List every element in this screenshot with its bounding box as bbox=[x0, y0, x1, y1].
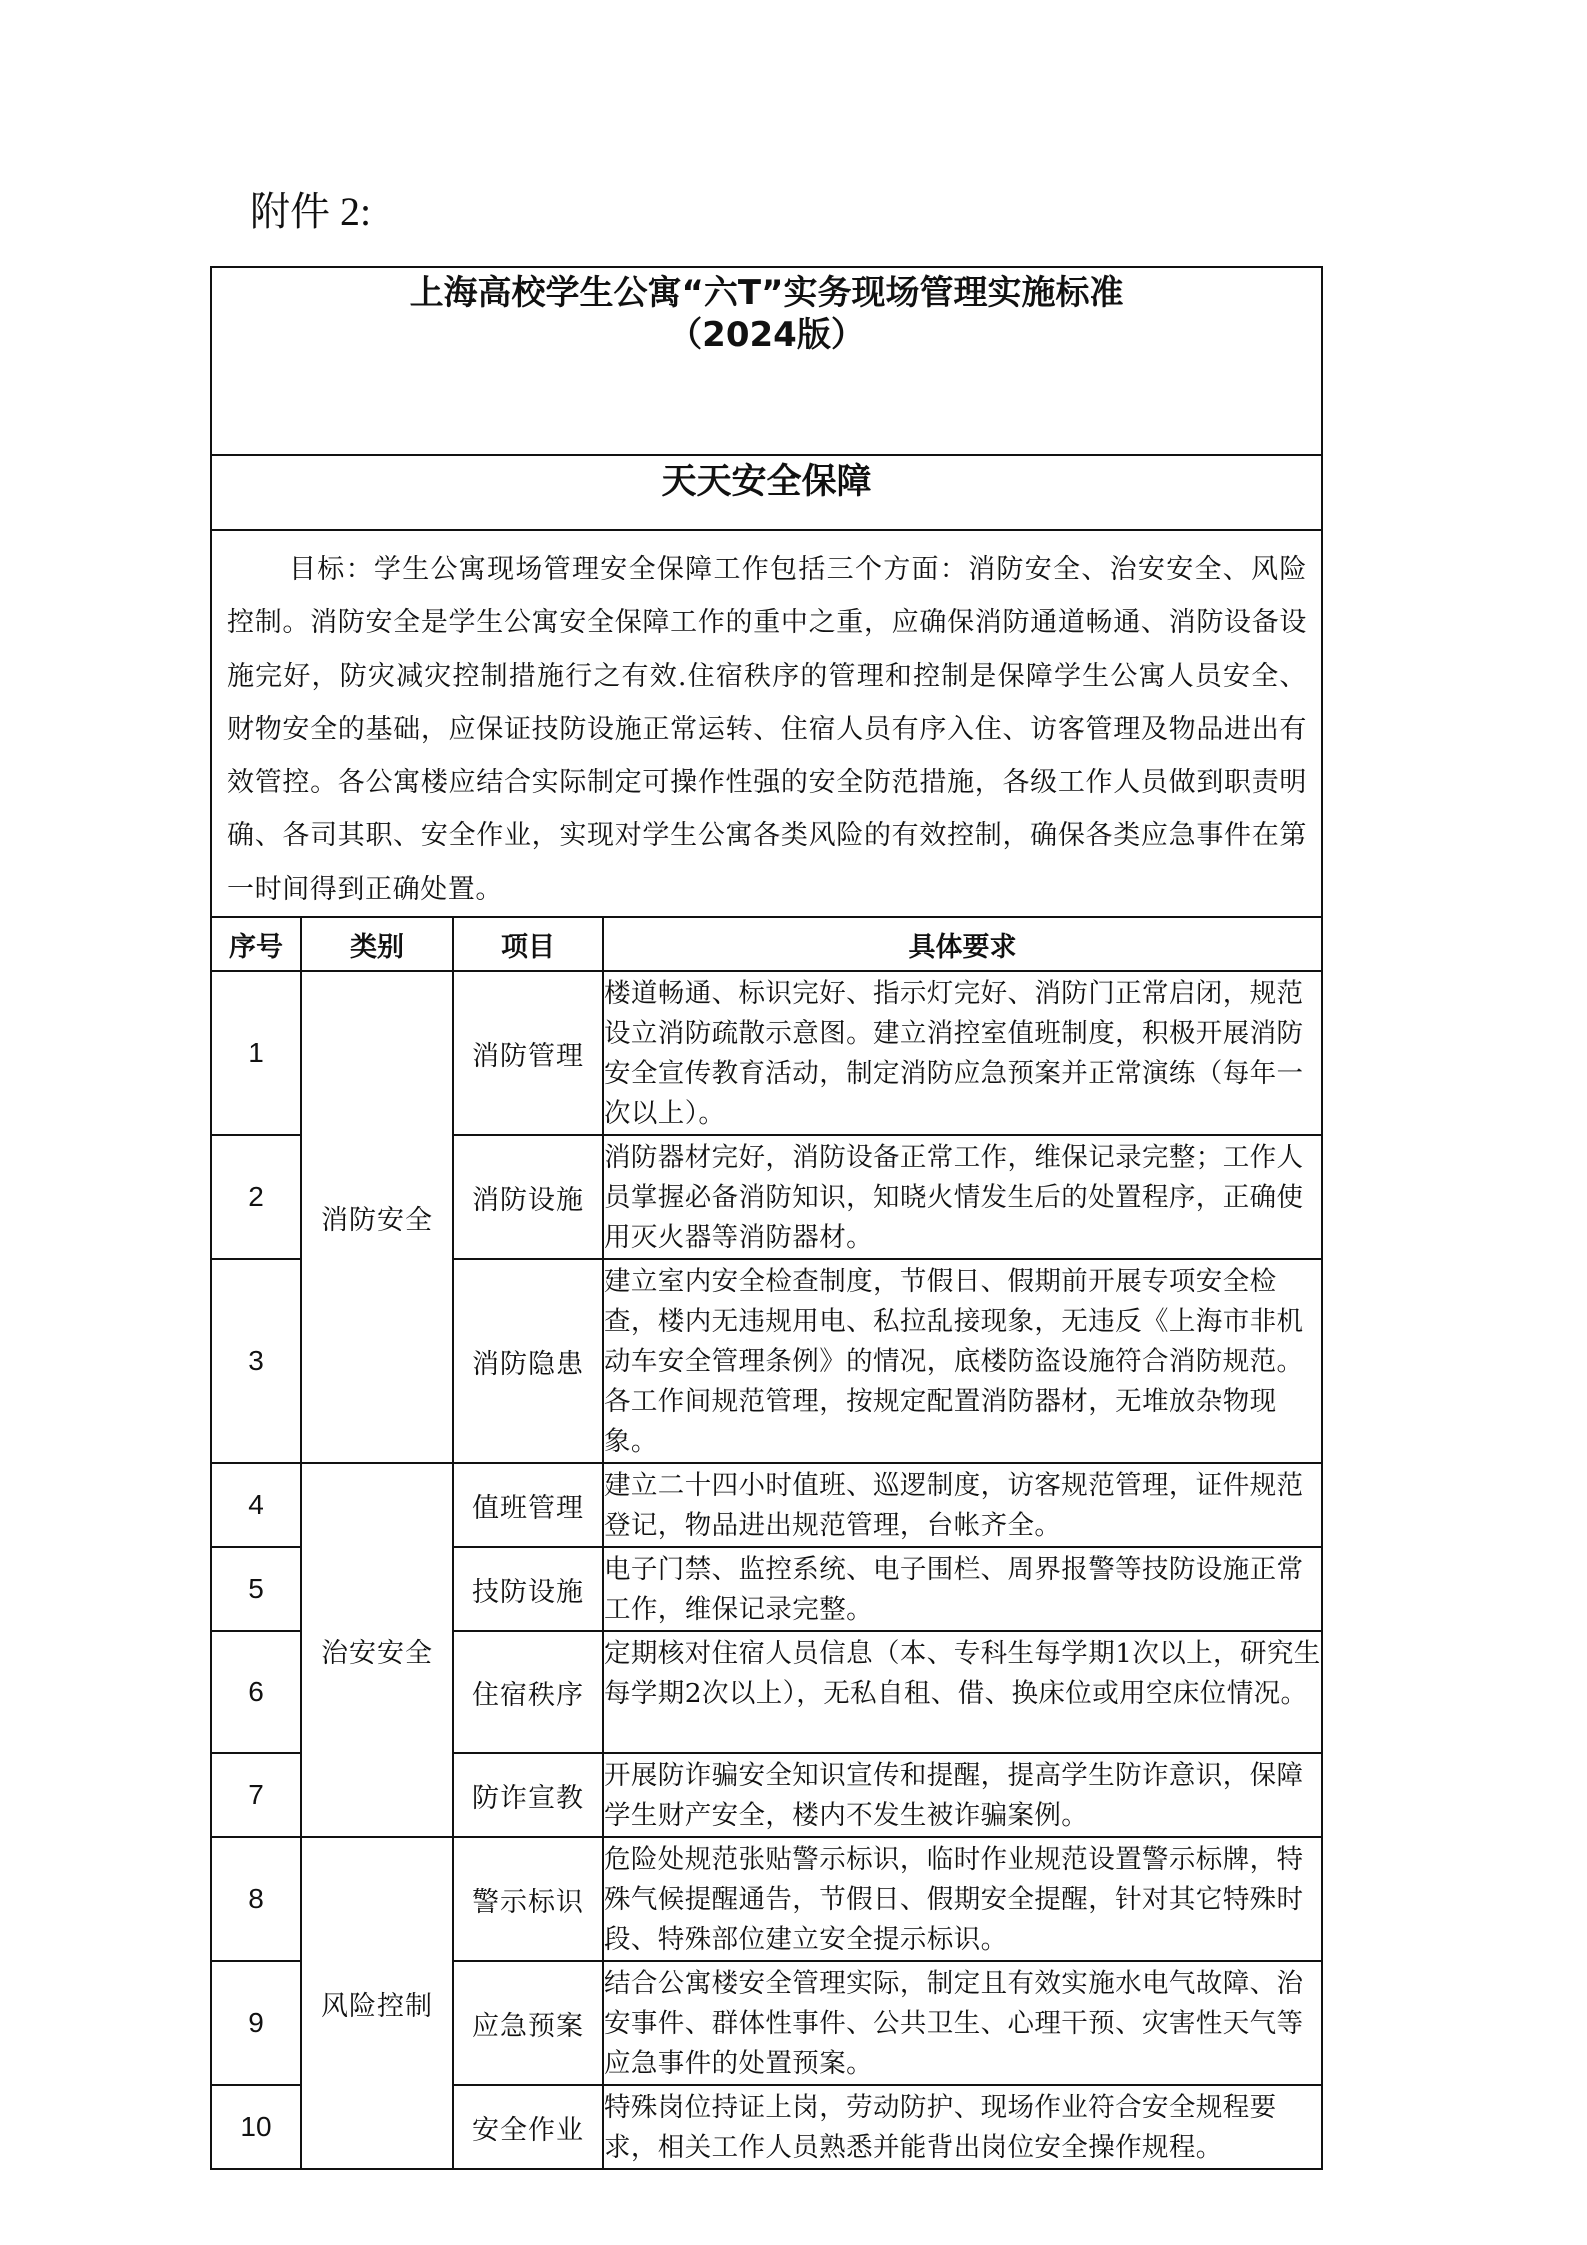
row-number: 8 bbox=[211, 1837, 301, 1961]
requirement-text: 楼道畅通、标识完好、指示灯完好、消防门正常启闭，规范设立消防疏散示意图。建立消控… bbox=[604, 972, 1321, 1134]
row-number: 3 bbox=[211, 1259, 301, 1463]
item-cell: 消防管理 bbox=[453, 971, 603, 1135]
section-title: 天天安全保障 bbox=[212, 462, 1321, 502]
requirement-cell: 建立二十四小时值班、巡逻制度，访客规范管理，证件规范登记，物品进出规范管理，台帐… bbox=[603, 1463, 1322, 1547]
row-number: 1 bbox=[211, 971, 301, 1135]
row-number: 7 bbox=[211, 1753, 301, 1837]
table-row: 8 风险控制 警示标识 危险处规范张贴警示标识，临时作业规范设置警示标牌，特殊气… bbox=[211, 1837, 1322, 1961]
goal-paragraph: 目标：学生公寓现场管理安全保障工作包括三个方面：消防安全、治安安全、风险控制。消… bbox=[212, 531, 1321, 916]
row-number: 9 bbox=[211, 1961, 301, 2085]
title-row: 上海高校学生公寓“六T”实务现场管理实施标准 （2024版） bbox=[211, 267, 1322, 455]
document-version: （2024版） bbox=[212, 314, 1321, 356]
item-cell: 消防隐患 bbox=[453, 1259, 603, 1463]
item-cell: 技防设施 bbox=[453, 1547, 603, 1631]
requirement-text: 危险处规范张贴警示标识，临时作业规范设置警示标牌，特殊气候提醒通告，节假日、假期… bbox=[604, 1838, 1321, 1960]
requirement-text: 电子门禁、监控系统、电子围栏、周界报警等技防设施正常工作，维保记录完整。 bbox=[604, 1548, 1321, 1630]
header-requirement: 具体要求 bbox=[603, 917, 1322, 971]
requirement-text: 建立二十四小时值班、巡逻制度，访客规范管理，证件规范登记，物品进出规范管理，台帐… bbox=[604, 1464, 1321, 1546]
item-cell: 警示标识 bbox=[453, 1837, 603, 1961]
table-header-row: 序号 类别 项目 具体要求 bbox=[211, 917, 1322, 971]
requirement-text: 特殊岗位持证上岗，劳动防护、现场作业符合安全规程要求，相关工作人员熟悉并能背出岗… bbox=[604, 2086, 1321, 2168]
item-cell: 防诈宣教 bbox=[453, 1753, 603, 1837]
requirement-text: 结合公寓楼安全管理实际，制定且有效实施水电气故障、治安事件、群体性事件、公共卫生… bbox=[604, 1962, 1321, 2084]
requirement-cell: 特殊岗位持证上岗，劳动防护、现场作业符合安全规程要求，相关工作人员熟悉并能背出岗… bbox=[603, 2085, 1322, 2169]
category-cell: 治安安全 bbox=[301, 1463, 453, 1837]
goal-cell: 目标：学生公寓现场管理安全保障工作包括三个方面：消防安全、治安安全、风险控制。消… bbox=[211, 530, 1322, 917]
category-cell: 风险控制 bbox=[301, 1837, 453, 2169]
category-cell: 消防安全 bbox=[301, 971, 453, 1463]
requirement-cell: 建立室内安全检查制度，节假日、假期前开展专项安全检查，楼内无违规用电、私拉乱接现… bbox=[603, 1259, 1322, 1463]
row-number: 2 bbox=[211, 1135, 301, 1259]
requirement-text: 建立室内安全检查制度，节假日、假期前开展专项安全检查，楼内无违规用电、私拉乱接现… bbox=[604, 1260, 1321, 1462]
row-number: 5 bbox=[211, 1547, 301, 1631]
header-no: 序号 bbox=[211, 917, 301, 971]
table-row: 1 消防安全 消防管理 楼道畅通、标识完好、指示灯完好、消防门正常启闭，规范设立… bbox=[211, 971, 1322, 1135]
table-row: 4 治安安全 值班管理 建立二十四小时值班、巡逻制度，访客规范管理，证件规范登记… bbox=[211, 1463, 1322, 1547]
item-cell: 值班管理 bbox=[453, 1463, 603, 1547]
item-cell: 消防设施 bbox=[453, 1135, 603, 1259]
header-item: 项目 bbox=[453, 917, 603, 971]
item-cell: 应急预案 bbox=[453, 1961, 603, 2085]
requirement-cell: 楼道畅通、标识完好、指示灯完好、消防门正常启闭，规范设立消防疏散示意图。建立消控… bbox=[603, 971, 1322, 1135]
section-row: 天天安全保障 bbox=[211, 455, 1322, 530]
requirement-text: 开展防诈骗安全知识宣传和提醒，提高学生防诈意识，保障学生财产安全，楼内不发生被诈… bbox=[604, 1754, 1321, 1836]
document-title: 上海高校学生公寓“六T”实务现场管理实施标准 bbox=[212, 272, 1321, 314]
requirement-cell: 结合公寓楼安全管理实际，制定且有效实施水电气故障、治安事件、群体性事件、公共卫生… bbox=[603, 1961, 1322, 2085]
section-cell: 天天安全保障 bbox=[211, 455, 1322, 530]
item-cell: 安全作业 bbox=[453, 2085, 603, 2169]
goal-row: 目标：学生公寓现场管理安全保障工作包括三个方面：消防安全、治安安全、风险控制。消… bbox=[211, 530, 1322, 917]
requirement-cell: 电子门禁、监控系统、电子围栏、周界报警等技防设施正常工作，维保记录完整。 bbox=[603, 1547, 1322, 1631]
item-cell: 住宿秩序 bbox=[453, 1631, 603, 1753]
title-cell: 上海高校学生公寓“六T”实务现场管理实施标准 （2024版） bbox=[211, 267, 1322, 455]
standards-table: 上海高校学生公寓“六T”实务现场管理实施标准 （2024版） 天天安全保障 目标… bbox=[210, 266, 1323, 2170]
row-number: 10 bbox=[211, 2085, 301, 2169]
requirement-cell: 开展防诈骗安全知识宣传和提醒，提高学生防诈意识，保障学生财产安全，楼内不发生被诈… bbox=[603, 1753, 1322, 1837]
requirement-cell: 定期核对住宿人员信息（本、专科生每学期1次以上，研究生每学期2次以上），无私自租… bbox=[603, 1631, 1322, 1753]
header-category: 类别 bbox=[301, 917, 453, 971]
requirement-cell: 危险处规范张贴警示标识，临时作业规范设置警示标牌，特殊气候提醒通告，节假日、假期… bbox=[603, 1837, 1322, 1961]
requirement-text: 消防器材完好，消防设备正常工作，维保记录完整；工作人员掌握必备消防知识，知晓火情… bbox=[604, 1136, 1321, 1258]
requirement-text: 定期核对住宿人员信息（本、专科生每学期1次以上，研究生每学期2次以上），无私自租… bbox=[604, 1632, 1321, 1714]
attachment-label: 附件 2: bbox=[250, 188, 371, 236]
row-number: 4 bbox=[211, 1463, 301, 1547]
row-number: 6 bbox=[211, 1631, 301, 1753]
requirement-cell: 消防器材完好，消防设备正常工作，维保记录完整；工作人员掌握必备消防知识，知晓火情… bbox=[603, 1135, 1322, 1259]
